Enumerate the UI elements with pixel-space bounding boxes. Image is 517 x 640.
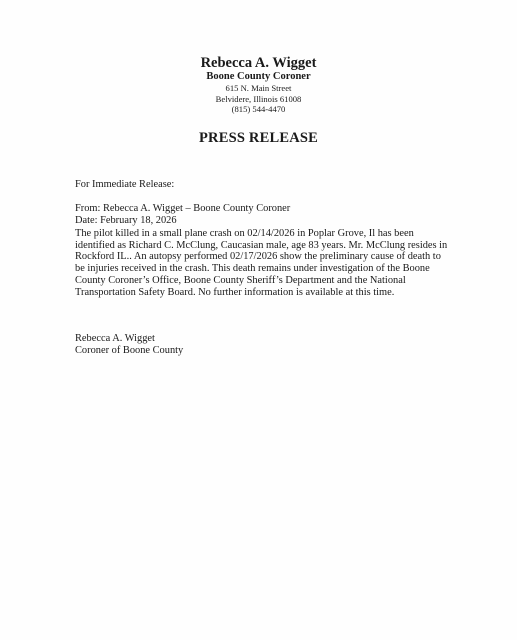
body-line: County Coroner’s Office, Boone County Sh…	[75, 275, 447, 287]
release-note: For Immediate Release:	[75, 179, 174, 191]
body-line: The pilot killed in a small plane crash …	[75, 228, 447, 240]
press-release-page: Rebecca A. Wigget Boone County Coroner 6…	[0, 0, 517, 640]
letterhead: Rebecca A. Wigget Boone County Coroner 6…	[0, 55, 517, 115]
body-paragraph: The pilot killed in a small plane crash …	[75, 228, 447, 298]
sender-info: From: Rebecca A. Wigget – Boone County C…	[75, 203, 290, 226]
body-line: Rockford IL.. An autopsy performed 02/17…	[75, 251, 447, 263]
signature-name: Rebecca A. Wigget	[75, 333, 183, 345]
body-line: be injuries received in the crash. This …	[75, 263, 447, 275]
signature-block: Rebecca A. Wigget Coroner of Boone Count…	[75, 333, 183, 356]
signature-title: Coroner of Boone County	[75, 345, 183, 357]
date-line: Date: February 18, 2026	[75, 215, 290, 227]
office-name: Boone County Coroner	[0, 71, 517, 83]
coroner-name: Rebecca A. Wigget	[0, 55, 517, 71]
document-title: PRESS RELEASE	[0, 130, 517, 147]
body-line: identified as Richard C. McClung, Caucas…	[75, 240, 447, 252]
from-line: From: Rebecca A. Wigget – Boone County C…	[75, 203, 290, 215]
address-street: 615 N. Main Street	[0, 83, 517, 94]
body-line: Transportation Safety Board. No further …	[75, 287, 447, 299]
address-city: Belvidere, Illinois 61008	[0, 94, 517, 105]
phone-number: (815) 544-4470	[0, 104, 517, 115]
